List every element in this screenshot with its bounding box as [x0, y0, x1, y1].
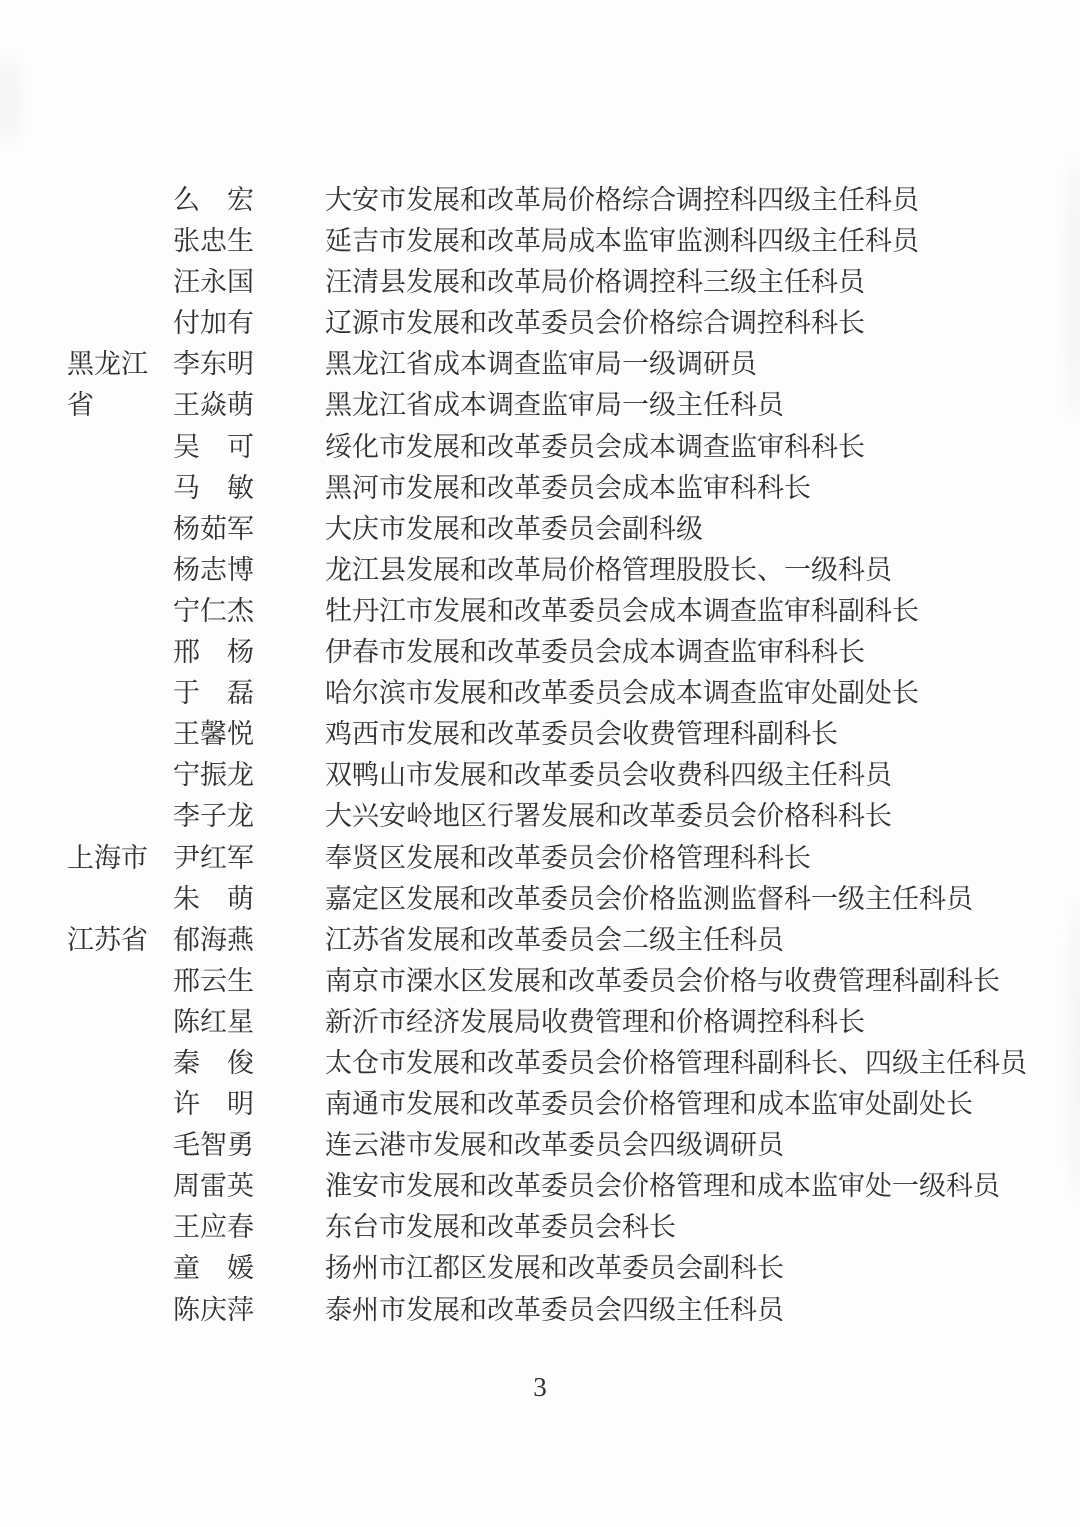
province-cell: [67, 1166, 173, 1207]
position-text: 黑河市发展和改革委员会成本监审科科长: [325, 473, 811, 503]
name-cell: 汪永国: [173, 262, 325, 303]
position-text: 南通市发展和改革委员会价格管理和成本监审处副处长: [325, 1089, 973, 1119]
position-text: 大兴安岭地区行署发展和改革委员会价格科科长: [325, 801, 892, 831]
position-text: 泰州市发展和改革委员会四级主任科员: [325, 1295, 784, 1325]
province-cell: [67, 468, 173, 509]
province-cell: [67, 796, 173, 837]
position-cell: 东台市发展和改革委员会科长: [325, 1207, 1050, 1248]
name-cell: 陈庆萍: [173, 1290, 325, 1331]
province-cell: [67, 1084, 173, 1125]
name-text: 陈红星: [173, 1007, 254, 1037]
document-page: 么 宏大安市发展和改革局价格综合调控科四级主任科员张忠生延吉市发展和改革局成本监…: [0, 0, 1080, 1527]
name-text: 马 敏: [173, 473, 254, 503]
table-row: 陈庆萍泰州市发展和改革委员会四级主任科员: [67, 1290, 1050, 1331]
position-text: 淮安市发展和改革委员会价格管理和成本监审处一级科员: [325, 1171, 1000, 1201]
name-cell: 李子龙: [173, 796, 325, 837]
position-text: 新沂市经济发展局收费管理和价格调控科科长: [325, 1007, 865, 1037]
table-row: 秦 俊太仓市发展和改革委员会价格管理科副科长、四级主任科员: [67, 1043, 1050, 1084]
position-cell: 南京市溧水区发展和改革委员会价格与收费管理科副科长: [325, 961, 1050, 1002]
position-cell: 黑河市发展和改革委员会成本监审科科长: [325, 468, 1050, 509]
name-text: 张忠生: [173, 226, 254, 256]
scan-artifact: [1064, 160, 1080, 420]
name-cell: 杨茹军: [173, 509, 325, 550]
table-row: 么 宏大安市发展和改革局价格综合调控科四级主任科员: [67, 180, 1050, 221]
table-row: 杨志博龙江县发展和改革局价格管理股股长、一级科员: [67, 550, 1050, 591]
position-text: 延吉市发展和改革局成本监审监测科四级主任科员: [325, 226, 919, 256]
table-row: 张忠生延吉市发展和改革局成本监审监测科四级主任科员: [67, 221, 1050, 262]
name-text: 王馨悦: [173, 719, 254, 749]
position-text: 黑龙江省成本调查监审局一级主任科员: [325, 390, 784, 420]
position-text: 东台市发展和改革委员会科长: [325, 1212, 676, 1242]
name-cell: 王焱萌: [173, 385, 325, 426]
name-cell: 么 宏: [173, 180, 325, 221]
position-cell: 嘉定区发展和改革委员会价格监测监督科一级主任科员: [325, 879, 1050, 920]
province-cell: [67, 673, 173, 714]
position-text: 伊春市发展和改革委员会成本调查监审科科长: [325, 637, 865, 667]
position-text: 龙江县发展和改革局价格管理股股长、一级科员: [325, 555, 892, 585]
position-cell: 绥化市发展和改革委员会成本调查监审科科长: [325, 427, 1050, 468]
name-cell: 宁仁杰: [173, 591, 325, 632]
position-cell: 淮安市发展和改革委员会价格管理和成本监审处一级科员: [325, 1166, 1050, 1207]
position-cell: 双鸭山市发展和改革委员会收费科四级主任科员: [325, 755, 1050, 796]
name-cell: 许 明: [173, 1084, 325, 1125]
name-text: 李东明: [173, 349, 254, 379]
name-text: 么 宏: [173, 185, 254, 215]
name-cell: 邢 杨: [173, 632, 325, 673]
name-text: 邢 杨: [173, 637, 254, 667]
province-cell: [67, 632, 173, 673]
scan-artifact: [1068, 900, 1080, 1200]
position-cell: 鸡西市发展和改革委员会收费管理科副科长: [325, 714, 1050, 755]
table-row: 王馨悦鸡西市发展和改革委员会收费管理科副科长: [67, 714, 1050, 755]
name-text: 朱 萌: [173, 884, 254, 914]
table-row: 宁仁杰牡丹江市发展和改革委员会成本调查监审科副科长: [67, 591, 1050, 632]
name-cell: 杨志博: [173, 550, 325, 591]
table-row: 黑龙江省李东明黑龙江省成本调查监审局一级调研员: [67, 344, 1050, 385]
position-cell: 汪清县发展和改革局价格调控科三级主任科员: [325, 262, 1050, 303]
name-cell: 陈红星: [173, 1002, 325, 1043]
province-cell: [67, 385, 173, 426]
province-text: 上海市: [67, 838, 163, 879]
table-row: 陈红星新沂市经济发展局收费管理和价格调控科科长: [67, 1002, 1050, 1043]
position-text: 江苏省发展和改革委员会二级主任科员: [325, 925, 784, 955]
province-cell: [67, 714, 173, 755]
position-cell: 江苏省发展和改革委员会二级主任科员: [325, 920, 1050, 961]
name-text: 周雷英: [173, 1171, 254, 1201]
table-row: 上海市尹红军奉贤区发展和改革委员会价格管理科科长: [67, 838, 1050, 879]
table-row: 王焱萌黑龙江省成本调查监审局一级主任科员: [67, 385, 1050, 426]
name-text: 王焱萌: [173, 390, 254, 420]
position-text: 连云港市发展和改革委员会四级调研员: [325, 1130, 784, 1160]
province-cell: [67, 755, 173, 796]
name-text: 许 明: [173, 1089, 254, 1119]
position-text: 汪清县发展和改革局价格调控科三级主任科员: [325, 267, 865, 297]
name-text: 童 媛: [173, 1253, 254, 1283]
name-text: 毛智勇: [173, 1130, 254, 1160]
position-text: 扬州市江都区发展和改革委员会副科长: [325, 1253, 784, 1283]
name-text: 邢云生: [173, 966, 254, 996]
table-row: 付加有辽源市发展和改革委员会价格综合调控科科长: [67, 303, 1050, 344]
table-row: 汪永国汪清县发展和改革局价格调控科三级主任科员: [67, 262, 1050, 303]
name-cell: 郁海燕: [173, 920, 325, 961]
name-cell: 秦 俊: [173, 1043, 325, 1084]
name-text: 吴 可: [173, 432, 254, 462]
position-cell: 大兴安岭地区行署发展和改革委员会价格科科长: [325, 796, 1050, 837]
position-text: 大安市发展和改革局价格综合调控科四级主任科员: [325, 185, 919, 215]
position-cell: 龙江县发展和改革局价格管理股股长、一级科员: [325, 550, 1050, 591]
name-text: 杨茹军: [173, 514, 254, 544]
province-cell: [67, 427, 173, 468]
province-cell: [67, 303, 173, 344]
position-cell: 大安市发展和改革局价格综合调控科四级主任科员: [325, 180, 1050, 221]
position-cell: 扬州市江都区发展和改革委员会副科长: [325, 1248, 1050, 1289]
name-cell: 付加有: [173, 303, 325, 344]
province-cell: 上海市: [67, 838, 173, 879]
province-cell: [67, 550, 173, 591]
province-cell: [67, 1207, 173, 1248]
position-cell: 连云港市发展和改革委员会四级调研员: [325, 1125, 1050, 1166]
table-row: 童 媛扬州市江都区发展和改革委员会副科长: [67, 1248, 1050, 1289]
name-text: 宁振龙: [173, 760, 254, 790]
name-cell: 邢云生: [173, 961, 325, 1002]
table-row: 邢云生南京市溧水区发展和改革委员会价格与收费管理科副科长: [67, 961, 1050, 1002]
position-text: 鸡西市发展和改革委员会收费管理科副科长: [325, 719, 838, 749]
name-text: 李子龙: [173, 801, 254, 831]
name-text: 宁仁杰: [173, 596, 254, 626]
name-cell: 于 磊: [173, 673, 325, 714]
table-row: 于 磊哈尔滨市发展和改革委员会成本调查监审处副处长: [67, 673, 1050, 714]
name-text: 于 磊: [173, 678, 254, 708]
name-text: 付加有: [173, 308, 254, 338]
name-cell: 宁振龙: [173, 755, 325, 796]
province-cell: [67, 1248, 173, 1289]
table-row: 马 敏黑河市发展和改革委员会成本监审科科长: [67, 468, 1050, 509]
position-text: 南京市溧水区发展和改革委员会价格与收费管理科副科长: [325, 966, 1000, 996]
page-number: 3: [0, 1366, 1080, 1408]
position-cell: 牡丹江市发展和改革委员会成本调查监审科副科长: [325, 591, 1050, 632]
province-cell: [67, 262, 173, 303]
province-cell: 江苏省: [67, 920, 173, 961]
position-text: 大庆市发展和改革委员会副科级: [325, 514, 703, 544]
position-cell: 泰州市发展和改革委员会四级主任科员: [325, 1290, 1050, 1331]
name-cell: 周雷英: [173, 1166, 325, 1207]
name-cell: 吴 可: [173, 427, 325, 468]
name-text: 陈庆萍: [173, 1295, 254, 1325]
name-cell: 王应春: [173, 1207, 325, 1248]
position-cell: 延吉市发展和改革局成本监审监测科四级主任科员: [325, 221, 1050, 262]
name-cell: 王馨悦: [173, 714, 325, 755]
table-row: 杨茹军大庆市发展和改革委员会副科级: [67, 509, 1050, 550]
province-text: 江苏省: [67, 920, 163, 961]
table-row: 毛智勇连云港市发展和改革委员会四级调研员: [67, 1125, 1050, 1166]
province-cell: [67, 591, 173, 632]
table-row: 江苏省郁海燕江苏省发展和改革委员会二级主任科员: [67, 920, 1050, 961]
position-cell: 新沂市经济发展局收费管理和价格调控科科长: [325, 1002, 1050, 1043]
position-text: 太仓市发展和改革委员会价格管理科副科长、四级主任科员: [325, 1048, 1027, 1078]
table-row: 王应春东台市发展和改革委员会科长: [67, 1207, 1050, 1248]
position-cell: 大庆市发展和改革委员会副科级: [325, 509, 1050, 550]
position-text: 绥化市发展和改革委员会成本调查监审科科长: [325, 432, 865, 462]
name-text: 王应春: [173, 1212, 254, 1242]
table-row: 邢 杨伊春市发展和改革委员会成本调查监审科科长: [67, 632, 1050, 673]
name-text: 秦 俊: [173, 1048, 254, 1078]
position-text: 奉贤区发展和改革委员会价格管理科科长: [325, 843, 811, 873]
name-cell: 张忠生: [173, 221, 325, 262]
name-text: 汪永国: [173, 267, 254, 297]
position-cell: 辽源市发展和改革委员会价格综合调控科科长: [325, 303, 1050, 344]
name-cell: 童 媛: [173, 1248, 325, 1289]
name-cell: 毛智勇: [173, 1125, 325, 1166]
province-cell: [67, 1290, 173, 1331]
table-row: 朱 萌嘉定区发展和改革委员会价格监测监督科一级主任科员: [67, 879, 1050, 920]
position-cell: 哈尔滨市发展和改革委员会成本调查监审处副处长: [325, 673, 1050, 714]
province-cell: [67, 180, 173, 221]
name-cell: 马 敏: [173, 468, 325, 509]
position-cell: 黑龙江省成本调查监审局一级主任科员: [325, 385, 1050, 426]
position-text: 嘉定区发展和改革委员会价格监测监督科一级主任科员: [325, 884, 973, 914]
table-row: 许 明南通市发展和改革委员会价格管理和成本监审处副处长: [67, 1084, 1050, 1125]
position-cell: 太仓市发展和改革委员会价格管理科副科长、四级主任科员: [325, 1043, 1050, 1084]
table-row: 宁振龙双鸭山市发展和改革委员会收费科四级主任科员: [67, 755, 1050, 796]
province-cell: [67, 509, 173, 550]
position-cell: 南通市发展和改革委员会价格管理和成本监审处副处长: [325, 1084, 1050, 1125]
province-cell: [67, 221, 173, 262]
position-text: 牡丹江市发展和改革委员会成本调查监审科副科长: [325, 596, 919, 626]
name-cell: 尹红军: [173, 838, 325, 879]
position-cell: 伊春市发展和改革委员会成本调查监审科科长: [325, 632, 1050, 673]
table-row: 吴 可绥化市发展和改革委员会成本调查监审科科长: [67, 427, 1050, 468]
province-cell: [67, 879, 173, 920]
table-row: 李子龙大兴安岭地区行署发展和改革委员会价格科科长: [67, 796, 1050, 837]
position-text: 双鸭山市发展和改革委员会收费科四级主任科员: [325, 760, 892, 790]
province-cell: [67, 1125, 173, 1166]
name-text: 杨志博: [173, 555, 254, 585]
name-text: 尹红军: [173, 843, 254, 873]
roster-rows: 么 宏大安市发展和改革局价格综合调控科四级主任科员张忠生延吉市发展和改革局成本监…: [67, 180, 1050, 1331]
scan-artifact: [0, 55, 22, 145]
position-cell: 奉贤区发展和改革委员会价格管理科科长: [325, 838, 1050, 879]
position-text: 黑龙江省成本调查监审局一级调研员: [325, 349, 757, 379]
position-text: 辽源市发展和改革委员会价格综合调控科科长: [325, 308, 865, 338]
position-text: 哈尔滨市发展和改革委员会成本调查监审处副处长: [325, 678, 919, 708]
province-cell: [67, 961, 173, 1002]
province-cell: [67, 1002, 173, 1043]
name-text: 郁海燕: [173, 925, 254, 955]
province-cell: [67, 1043, 173, 1084]
table-row: 周雷英淮安市发展和改革委员会价格管理和成本监审处一级科员: [67, 1166, 1050, 1207]
name-cell: 朱 萌: [173, 879, 325, 920]
